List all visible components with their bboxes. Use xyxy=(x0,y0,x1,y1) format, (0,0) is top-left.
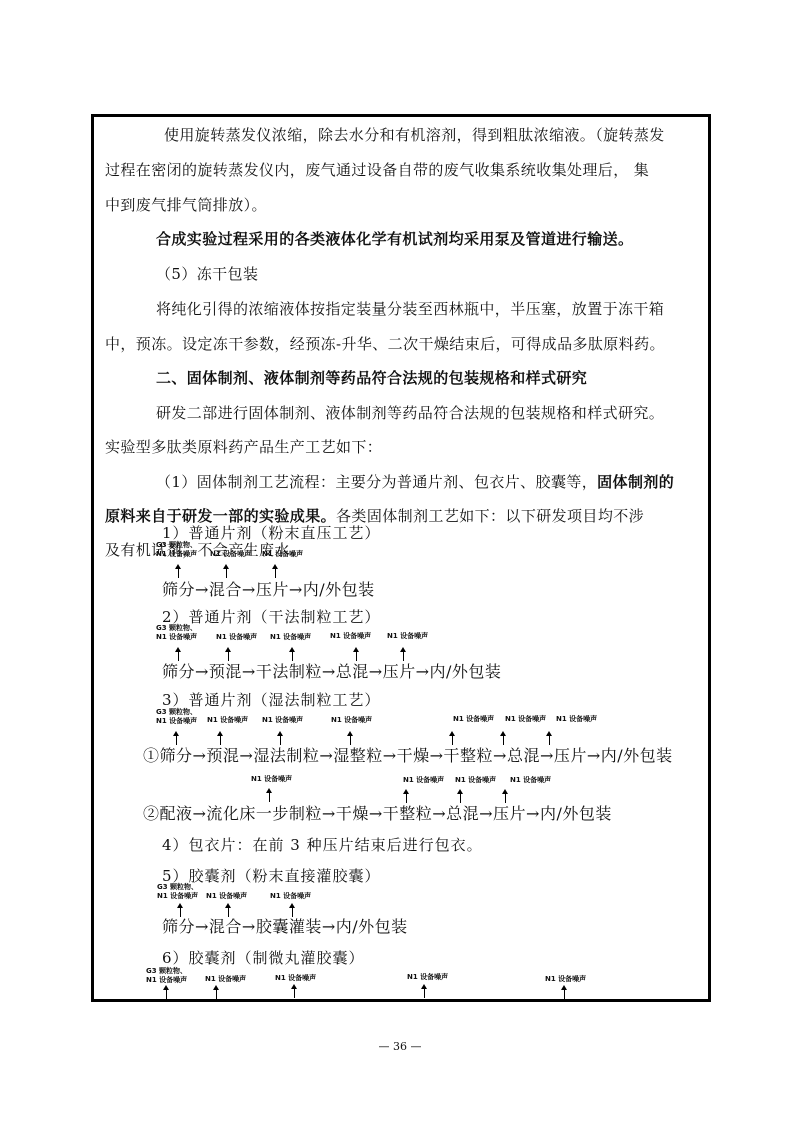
up-arrow-icon xyxy=(564,988,565,999)
emission-label: N1 设备噪声 xyxy=(270,892,311,901)
emission-label: N1 设备噪声 xyxy=(270,633,311,642)
emission-label: N1 设备噪声 xyxy=(331,716,372,725)
paragraph: 将纯化引得的浓缩液体按指定装量分装至西林瓶中，半压塞，放置于冻干箱 xyxy=(94,293,708,326)
paragraph: 使用旋转蒸发仪浓缩，除去水分和有机溶剂，得到粗肽浓缩液。（旋转蒸发 xyxy=(94,119,708,152)
emission-label: N1 设备噪声 xyxy=(330,632,371,641)
up-arrow-icon xyxy=(424,987,425,998)
emission-label: N1 设备噪声 xyxy=(275,974,316,983)
process-flow: 筛分→预混→干法制粒→总混→压片→内/外包装 xyxy=(162,659,501,682)
paragraph-bold: 合成实验过程采用的各类液体化学有机试剂均采用泵及管道进行输送。 xyxy=(94,223,708,256)
text-normal: 各类固体制剂工艺如下：以下研发项目均不涉 xyxy=(336,507,644,525)
section-heading: （5）冻干包装 xyxy=(94,258,708,291)
paragraph: 实验型多肽类原料药产品生产工艺如下： xyxy=(94,431,708,464)
emission-label: G3 颗粒物、N1 设备噪声 xyxy=(157,883,198,901)
up-arrow-icon xyxy=(216,988,217,999)
emission-label: N1 设备噪声 xyxy=(556,715,597,724)
flow-title: 1）普通片剂（粉末直压工艺） xyxy=(162,522,381,543)
emission-label: N1 设备噪声 xyxy=(262,716,303,725)
emission-label: N1 设备噪声 xyxy=(207,716,248,725)
process-flow: ①筛分→预混→湿法制粒→湿整粒→干燥→干整粒→总混→压片→内/外包装 xyxy=(143,743,673,766)
emission-label: N1 设备噪声 xyxy=(205,975,246,984)
text-bold: 固体制剂的 xyxy=(597,473,674,491)
emission-label: N1 设备噪声 xyxy=(453,715,494,724)
emission-label: N1 设备噪声 xyxy=(455,776,496,785)
emission-label: N1 设备噪声 xyxy=(206,892,247,901)
emission-label: G3 颗粒物、N1 设备噪声 xyxy=(156,708,197,726)
emission-label: N1 设备噪声 xyxy=(262,550,303,559)
section-heading: 二、固体制剂、液体制剂等药品符合法规的包装规格和样式研究 xyxy=(94,362,708,395)
emission-label: N1 设备噪声 xyxy=(510,776,551,785)
process-flow: 筛分→混合→压片→内/外包装 xyxy=(162,577,375,600)
page-number: — 36 — xyxy=(0,1040,800,1053)
paragraph: 研发二部进行固体制剂、液体制剂等药品符合法规的包装规格和样式研究。 xyxy=(94,397,708,430)
up-arrow-icon xyxy=(294,987,295,998)
paragraph: 过程在密闭的旋转蒸发仪内，废气通过设备自带的废气收集系统收集处理后， 集 xyxy=(94,154,708,187)
emission-label: N1 设备噪声 xyxy=(251,775,292,784)
paragraph: 中到废气排气筒排放）。 xyxy=(94,189,708,222)
flow-title: 6）胶囊剂（制微丸灌胶囊） xyxy=(162,947,365,968)
emission-label: N1 设备噪声 xyxy=(545,975,586,984)
emission-label: N1 设备噪声 xyxy=(407,973,448,982)
paragraph: 中，预冻。设定冻干参数，经预冻-升华、二次干燥结束后，可得成品多肽原料药。 xyxy=(94,328,708,361)
flow-title: 3）普通片剂（湿法制粒工艺） xyxy=(162,689,381,710)
emission-label: N1 设备噪声 xyxy=(403,776,444,785)
emission-label: G3 颗粒物、N1 设备噪声 xyxy=(156,541,197,559)
emission-label: N1 设备噪声 xyxy=(387,632,428,641)
text-normal: （1）固体制剂工艺流程：主要分为普通片剂、包衣片、胶囊等， xyxy=(156,473,597,491)
flow-title: 4）包衣片：在前 3 种压片结束后进行包衣。 xyxy=(162,834,483,855)
emission-label: G3 颗粒物、N1 设备噪声 xyxy=(156,624,197,642)
emission-label: N1 设备噪声 xyxy=(505,715,546,724)
emission-label: N1 设备噪声 xyxy=(216,633,257,642)
paragraph-mixed: （1）固体制剂工艺流程：主要分为普通片剂、包衣片、胶囊等，固体制剂的 xyxy=(94,466,708,499)
process-flow: ②配液→流化床一步制粒→干燥→干整粒→总混→压片→内/外包装 xyxy=(143,801,612,824)
up-arrow-icon xyxy=(166,988,167,999)
emission-label: G3 颗粒物、N1 设备噪声 xyxy=(146,967,187,985)
emission-label: N1 设备噪声 xyxy=(210,550,251,559)
process-flow: 筛分→混合→胶囊灌装→内/外包装 xyxy=(162,914,408,937)
